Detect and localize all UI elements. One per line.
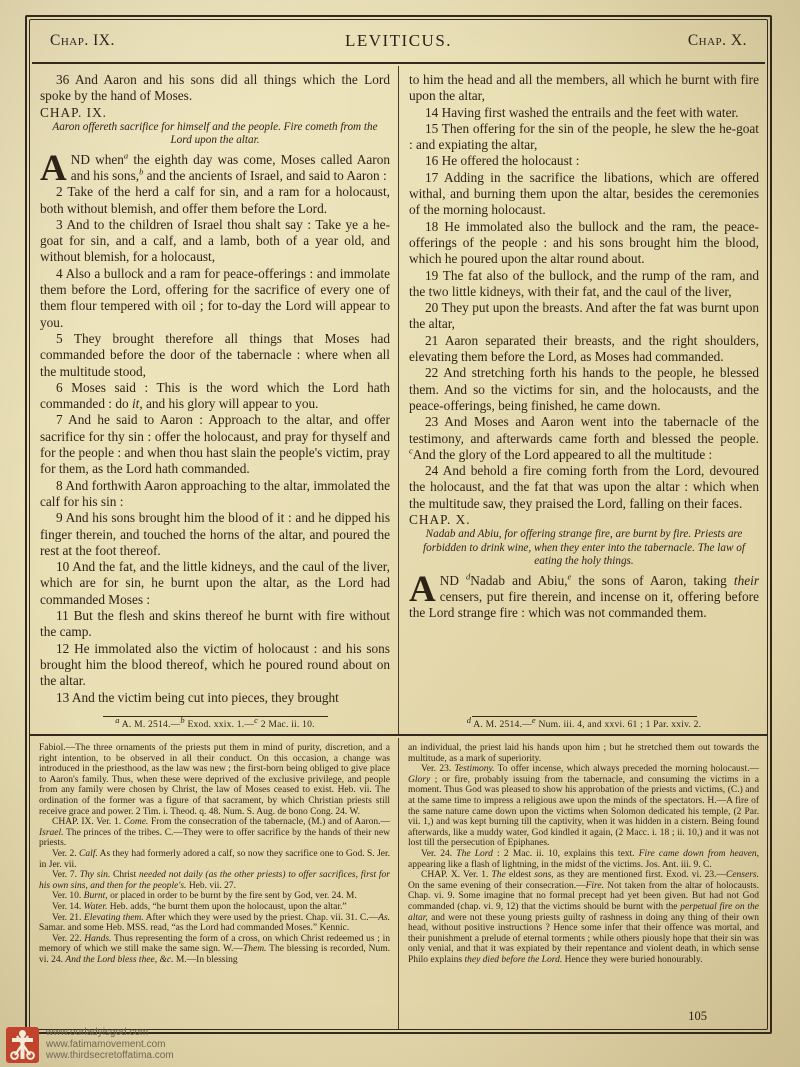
page-title: LEVITICUS. [30, 31, 767, 51]
commentary-note: CHAP. IX. Ver. 1. Come. From the consecr… [39, 817, 390, 849]
verse: 14 Having first washed the entrails and … [409, 105, 759, 121]
verse: 9 And his sons brought him the blood of … [40, 510, 390, 559]
watermark-link: www.fatimamovement.com [46, 1039, 174, 1051]
bible-column-right: to him the head and all the members, all… [399, 66, 767, 734]
verse: 23 And Moses and Aaron went into the tab… [409, 414, 759, 463]
commentary-note: an individual, the priest laid his hands… [408, 743, 759, 764]
verse: 3 And to the children of Israel thou sha… [40, 217, 390, 266]
footnote-refs-left: a A. M. 2514.—b Exod. xxix. 1.—c 2 Mac. … [40, 714, 390, 731]
commentary-note: Ver. 7. Thy sin. Christ needed not daily… [39, 870, 390, 891]
verse: 6 Moses said : This is the word which th… [40, 380, 390, 413]
chapter-heading: CHAP. IX. [40, 105, 390, 121]
verse: 22 And stretching forth his hands to the… [409, 365, 759, 414]
commentary-region: Fabiol.—The three ornaments of the pries… [30, 738, 767, 1029]
watermark-links: www.ourladyisgod.comwww.fatimamovement.c… [46, 1027, 174, 1062]
footnote-refs-text: d A. M. 2514.—e Num. iii. 4, and xxvi. 6… [409, 719, 759, 730]
verse: 5 They brought therefore all things that… [40, 331, 390, 380]
bible-text-region: 36 And Aaron and his sons did all things… [30, 66, 767, 734]
verse: 13 And the victim being cut into pieces,… [40, 690, 390, 706]
commentary-note: Fabiol.—The three ornaments of the pries… [39, 743, 390, 817]
verse-opening-text: ND dNadab and Abiu,e the sons of Aaron, … [409, 573, 759, 621]
verse-opening: AND dNadab and Abiu,e the sons of Aaron,… [409, 573, 759, 622]
verses-left: 36 And Aaron and his sons did all things… [40, 72, 390, 714]
commentary-note: Ver. 21. Elevating them. After which the… [39, 913, 390, 934]
verse: to him the head and all the members, all… [409, 72, 759, 105]
verse: 24 And behold a fire coming forth from t… [409, 463, 759, 512]
page-number: 105 [408, 1007, 759, 1027]
commentary-column-left: Fabiol.—The three ornaments of the pries… [30, 738, 398, 1029]
chapter-argument: Aaron offereth sacrifice for himself and… [44, 121, 386, 148]
commentary-column-right: an individual, the priest laid his hands… [399, 738, 767, 1029]
watermark-link: www.thirdsecretoffatima.com [46, 1050, 174, 1062]
footnote-refs-right: d A. M. 2514.—e Num. iii. 4, and xxvi. 6… [409, 714, 759, 731]
commentary-note: Ver. 23. Testimony. To offer incense, wh… [408, 764, 759, 849]
commentary-note: Ver. 2. Calf. As they had formerly adore… [39, 849, 390, 870]
verse: 11 But the flesh and skins thereof he bu… [40, 608, 390, 641]
footnote-refs-text: a A. M. 2514.—b Exod. xxix. 1.—c 2 Mac. … [40, 719, 390, 730]
verse: 2 Take of the herd a calf for sin, and a… [40, 184, 390, 217]
verse: 17 Adding in the sacrifice the libations… [409, 170, 759, 219]
verse: 8 And forthwith Aaron approaching to the… [40, 478, 390, 511]
page-border-frame: Chap. IX. LEVITICUS. Chap. X. 36 And Aar… [25, 15, 772, 1034]
verse: 12 He immolated also the victim of holoc… [40, 641, 390, 690]
commentary-note: Ver. 22. Hands. Thus representing the fo… [39, 934, 390, 966]
verse: 4 Also a bullock and a ram for peace-off… [40, 266, 390, 331]
bible-column-left: 36 And Aaron and his sons did all things… [30, 66, 398, 734]
chapter-heading: CHAP. X. [409, 512, 759, 528]
dropcap-initial: A [409, 573, 440, 604]
verse: 36 And Aaron and his sons did all things… [40, 72, 390, 105]
dropcap-initial: A [40, 152, 71, 183]
page-border-inner: Chap. IX. LEVITICUS. Chap. X. 36 And Aar… [29, 19, 768, 1030]
watermark-link: www.ourladyisgod.com [46, 1027, 174, 1039]
verse: 16 He offered the holocaust : [409, 153, 759, 169]
verse: 21 Aaron separated their breasts, and th… [409, 333, 759, 366]
fatima-logo-icon [6, 1027, 39, 1063]
verse: 15 Then offering for the sin of the peop… [409, 121, 759, 154]
commentary-note: CHAP. X. Ver. 1. The eldest sons, as the… [408, 870, 759, 965]
verses-right: to him the head and all the members, all… [409, 72, 759, 714]
footnote-rule [472, 716, 697, 717]
watermark-block: www.ourladyisgod.comwww.fatimamovement.c… [6, 1027, 174, 1063]
verse-opening: AND whena the eighth day was come, Moses… [40, 152, 390, 185]
scanned-bible-page: Chap. IX. LEVITICUS. Chap. X. 36 And Aar… [0, 0, 800, 1067]
commentary-note: Ver. 10. Burnt, or placed in order to be… [39, 891, 390, 902]
verse: 7 And he said to Aaron : Approach to the… [40, 412, 390, 477]
verse-opening-text: ND whena the eighth day was come, Moses … [71, 152, 390, 183]
verse: 18 He immolated also the bullock and the… [409, 219, 759, 268]
verse: 19 The fat also of the bullock, and the … [409, 268, 759, 301]
commentary-note: Ver. 14. Water. Heb. adds, “he burnt the… [39, 902, 390, 913]
footnote-rule [103, 716, 328, 717]
running-header: Chap. IX. LEVITICUS. Chap. X. [30, 20, 767, 62]
verse: 10 And the fat, and the little kidneys, … [40, 559, 390, 608]
verse: 20 They put upon the breasts. And after … [409, 300, 759, 333]
chapter-argument: Nadab and Abiu, for offering strange fir… [413, 528, 755, 568]
commentary-note: Ver. 24. The Lord : 2 Mac. ii. 10, expla… [408, 849, 759, 870]
